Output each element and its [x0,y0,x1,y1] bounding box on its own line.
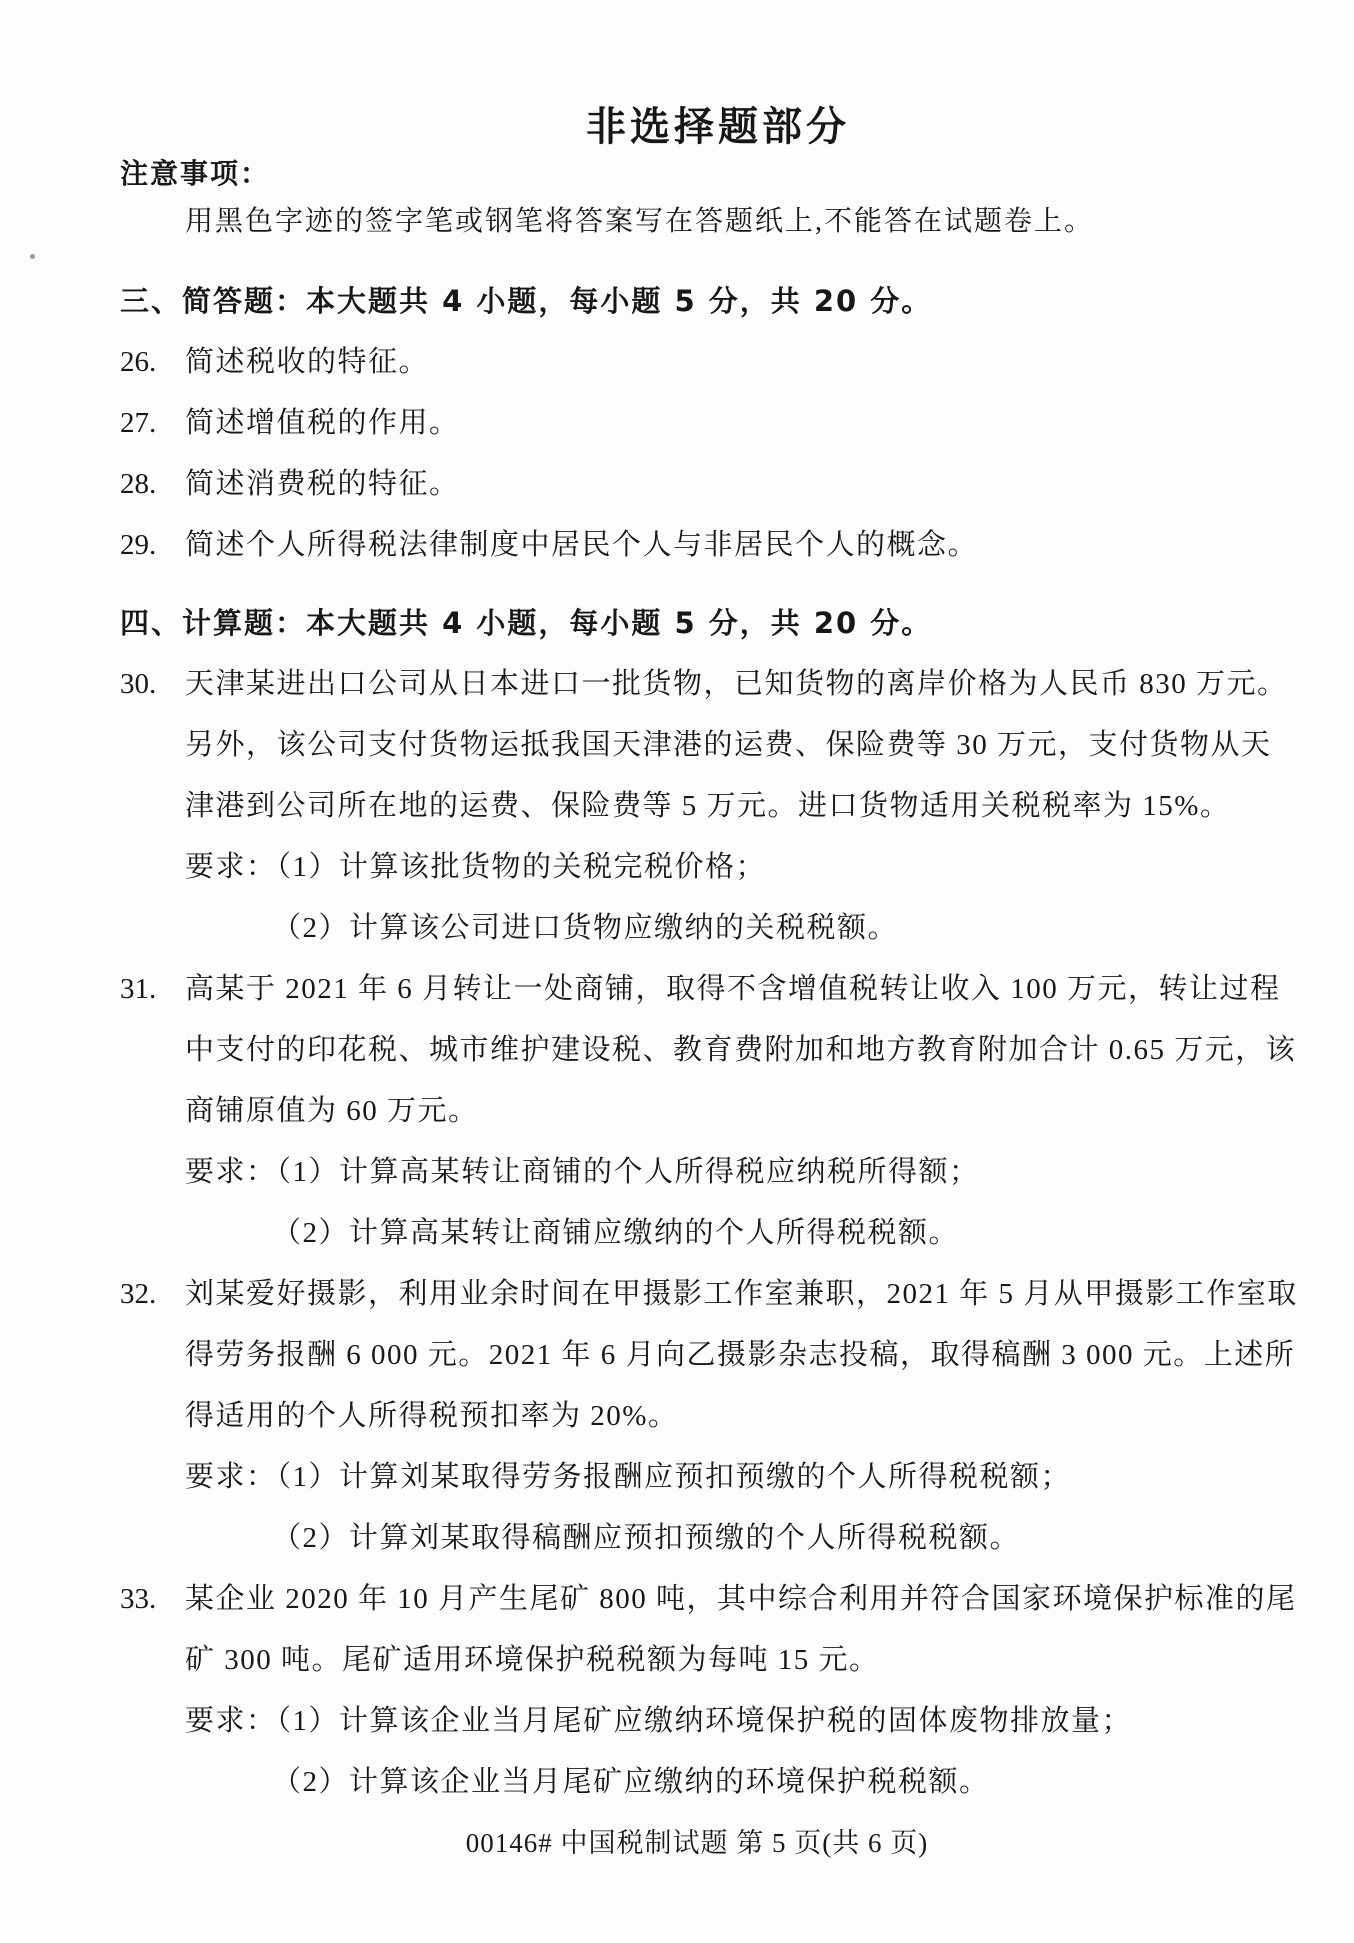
question-28: 28. 简述消费税的特征。 [0,454,1354,515]
question-31-requirement: 要求：（1）计算高某转让商铺的个人所得税应纳税所得额； [0,1142,1354,1203]
question-30-requirement: 要求：（1）计算该批货物的关税完税价格； [0,837,1354,898]
page-footer: 00146# 中国税制试题 第 5 页(共 6 页) [0,1827,1354,1859]
question-33-line: 矿 300 吨。尾矿适用环境保护税税额为每吨 15 元。 [0,1630,1354,1691]
question-number: 33. [120,1569,185,1630]
section-four-heading: 四、计算题：本大题共 4 小题，每小题 5 分，共 20 分。 [0,592,1354,654]
question-32-requirement: 要求：（1）计算刘某取得劳务报酬应预扣预缴的个人所得税税额； [0,1447,1354,1508]
question-32: 32. 刘某爱好摄影，利用业余时间在甲摄影工作室兼职，2021 年 5 月从甲摄… [0,1264,1354,1325]
question-33: 33. 某企业 2020 年 10 月产生尾矿 800 吨，其中综合利用并符合国… [0,1569,1354,1630]
question-text: 简述增值税的作用。 [185,407,460,439]
question-number: 30. [120,654,185,715]
question-31: 31. 高某于 2021 年 6 月转让一处商铺，取得不含增值税转让收入 100… [0,959,1354,1020]
question-26: 26. 简述税收的特征。 [0,332,1354,393]
question-30: 30. 天津某进出口公司从日本进口一批货物，已知货物的离岸价格为人民币 830 … [0,654,1354,715]
question-number: 32. [120,1264,185,1325]
question-31-line: 商铺原值为 60 万元。 [0,1081,1354,1142]
notice-heading: 注意事项： [0,154,1354,194]
question-number: 28. [120,454,185,515]
question-number: 31. [120,959,185,1020]
question-text: 刘某爱好摄影，利用业余时间在甲摄影工作室兼职，2021 年 5 月从甲摄影工作室… [185,1278,1298,1310]
question-30-line: 津港到公司所在地的运费、保险费等 5 万元。进口货物适用关税税率为 15%。 [0,776,1354,837]
question-31-requirement: （2）计算高某转让商铺应缴纳的个人所得税税额。 [0,1203,1354,1264]
question-27: 27. 简述增值税的作用。 [0,393,1354,454]
question-number: 27. [120,393,185,454]
question-32-line: 得适用的个人所得税预扣率为 20%。 [0,1386,1354,1447]
question-29: 29. 简述个人所得税法律制度中居民个人与非居民个人的概念。 [0,515,1354,576]
question-number: 29. [120,515,185,576]
exam-page: 非选择题部分 注意事项： 用黑色字迹的签字笔或钢笔将答案写在答题纸上,不能答在试… [0,0,1354,1943]
question-33-requirement: （2）计算该企业当月尾矿应缴纳的环境保护税税额。 [0,1752,1354,1813]
scan-speck [30,254,35,259]
question-32-line: 得劳务报酬 6 000 元。2021 年 6 月向乙摄影杂志投稿，取得稿酬 3 … [0,1325,1354,1386]
question-text: 简述税收的特征。 [185,346,429,378]
question-text: 高某于 2021 年 6 月转让一处商铺，取得不含增值税转让收入 100 万元，… [185,973,1281,1005]
question-33-requirement: 要求：（1）计算该企业当月尾矿应缴纳环境保护税的固体废物排放量； [0,1691,1354,1752]
question-30-line: 另外，该公司支付货物运抵我国天津港的运费、保险费等 30 万元，支付货物从天 [0,715,1354,776]
section-three-heading: 三、简答题：本大题共 4 小题，每小题 5 分，共 20 分。 [0,270,1354,332]
question-31-line: 中支付的印花税、城市维护建设税、教育费附加和地方教育附加合计 0.65 万元，该 [0,1020,1354,1081]
question-30-requirement: （2）计算该公司进口货物应缴纳的关税税额。 [0,898,1354,959]
question-text: 简述个人所得税法律制度中居民个人与非居民个人的概念。 [185,529,978,561]
page-title: 非选择题部分 [0,104,1354,150]
question-32-requirement: （2）计算刘某取得稿酬应预扣预缴的个人所得税税额。 [0,1508,1354,1569]
question-number: 26. [120,332,185,393]
notice-text: 用黑色字迹的签字笔或钢笔将答案写在答题纸上,不能答在试题卷上。 [0,202,1354,242]
question-text: 某企业 2020 年 10 月产生尾矿 800 吨，其中综合利用并符合国家环境保… [185,1583,1297,1615]
question-text: 简述消费税的特征。 [185,468,460,500]
question-text: 天津某进出口公司从日本进口一批货物，已知货物的离岸价格为人民币 830 万元。 [185,668,1288,700]
